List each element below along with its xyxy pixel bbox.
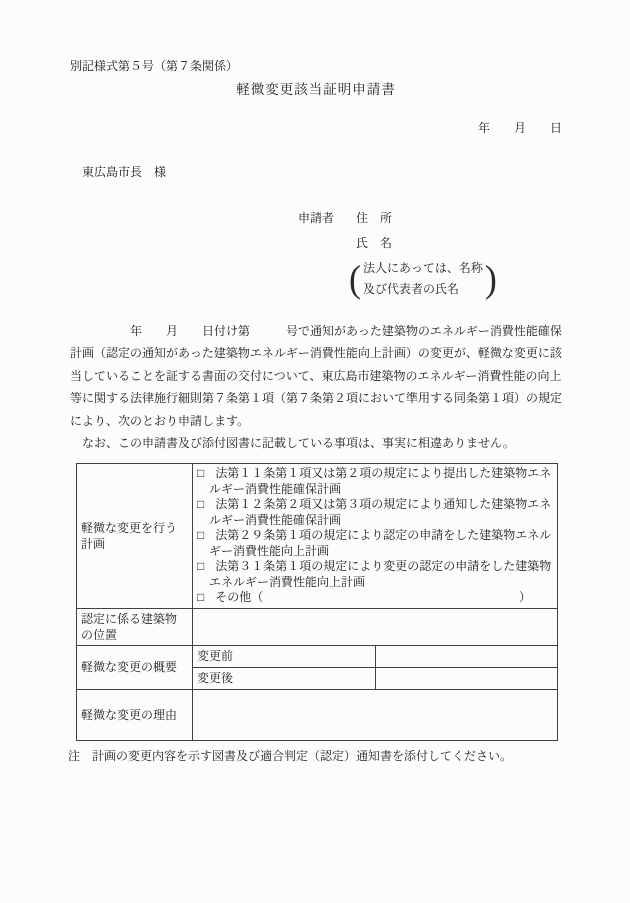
plan-option-label: 法第３１条第１項の規定により変更の認定の申請をした建築物エネルギー消費性能向上計… bbox=[209, 559, 551, 589]
table-row-summary-before: 軽微な変更の概要 変更前 bbox=[77, 645, 558, 667]
body-line: なお、この申請書及び添付図書に記載している事項は、事実に相違ありません。 bbox=[70, 432, 562, 454]
corporation-note-line2: 及び代表者の氏名 bbox=[363, 279, 483, 300]
plan-option-2: □法第１２条第２項又は第３項の規定により通知した建築物エネルギー消費性能確保計画 bbox=[197, 497, 553, 528]
applicant-address-label: 住 所 bbox=[356, 206, 497, 231]
plan-option-label: 法第２９条第１項の規定により認定の申請をした建築物エネルギー消費性能向上計画 bbox=[209, 528, 551, 558]
attachment-note: 注 計画の変更内容を示す図書及び適合判定（認定）通知書を添付してください。 bbox=[68, 748, 562, 764]
plan-option-label: 法第１２条第２項又は第３項の規定により通知した建築物エネルギー消費性能確保計画 bbox=[209, 497, 551, 527]
applicant-label: 申請者 bbox=[298, 206, 334, 231]
checkbox-icon: □ bbox=[197, 559, 204, 573]
location-value-cell bbox=[193, 608, 558, 645]
row-plan-options: □法第１１条第１項又は第２項の規定により提出した建築物エネルギー消費性能確保計画… bbox=[193, 464, 558, 609]
plan-option-3: □法第２９条第１項の規定により認定の申請をした建築物エネルギー消費性能向上計画 bbox=[197, 528, 553, 559]
row-plan-header: 軽微な変更を行う 計画 bbox=[77, 464, 193, 609]
form-number: 別記様式第５号（第７条関係） bbox=[70, 58, 562, 74]
plan-option-other-label: その他（ bbox=[215, 590, 263, 604]
body-line: 等に関する法律施行細則第７条第１項（第７条第２項において準用する同条第１項）の規… bbox=[70, 387, 562, 409]
checkbox-icon: □ bbox=[197, 466, 204, 480]
checkbox-icon: □ bbox=[197, 590, 204, 604]
body-line: 当していることを証する書面の交付について、東広島市建築物のエネルギー消費性能の向… bbox=[70, 365, 562, 387]
corporation-note: ( 法人にあっては、名称 及び代表者の氏名 ) bbox=[349, 257, 497, 301]
plan-option-other-close-paren: ） bbox=[519, 590, 531, 606]
body-line: 計画（認定の通知があった建築物エネルギー消費性能向上計画）の変更が、軽微な変更に… bbox=[70, 342, 562, 364]
checkbox-icon: □ bbox=[197, 528, 204, 542]
body-paragraph: 年 月 日付け第 号で通知があった建築物のエネルギー消費性能確保 計画（認定の通… bbox=[70, 320, 562, 454]
after-change-label: 変更後 bbox=[193, 667, 376, 689]
plan-option-4: □法第３１条第１項の規定により変更の認定の申請をした建築物エネルギー消費性能向上… bbox=[197, 559, 553, 590]
body-line: 年 月 日付け第 号で通知があった建築物のエネルギー消費性能確保 bbox=[70, 320, 562, 342]
plan-option-1: □法第１１条第１項又は第２項の規定により提出した建築物エネルギー消費性能確保計画 bbox=[197, 466, 553, 497]
after-change-value-cell bbox=[375, 667, 558, 689]
close-paren: ) bbox=[485, 256, 497, 302]
row-summary-header: 軽微な変更の概要 bbox=[77, 645, 193, 689]
checkbox-icon: □ bbox=[197, 497, 204, 511]
table-row-location: 認定に係る建築物 の位置 bbox=[77, 608, 558, 645]
application-table: 軽微な変更を行う 計画 □法第１１条第１項又は第２項の規定により提出した建築物エ… bbox=[76, 463, 558, 741]
addressee: 東広島市長 様 bbox=[82, 164, 562, 180]
open-paren: ( bbox=[349, 256, 361, 302]
body-line: により、次のとおり申請します。 bbox=[70, 410, 562, 432]
before-change-value-cell bbox=[375, 645, 558, 667]
plan-option-label: 法第１１条第１項又は第２項の規定により提出した建築物エネルギー消費性能確保計画 bbox=[209, 466, 551, 496]
date-line: 年 月 日 bbox=[70, 120, 562, 136]
document-page: 別記様式第５号（第７条関係） 軽微変更該当証明申請書 年 月 日 東広島市長 様… bbox=[0, 0, 630, 903]
before-change-label: 変更前 bbox=[193, 645, 376, 667]
table-row-plan: 軽微な変更を行う 計画 □法第１１条第１項又は第２項の規定により提出した建築物エ… bbox=[77, 464, 558, 609]
row-reason-header: 軽微な変更の理由 bbox=[77, 689, 193, 740]
applicant-name-label: 氏 名 bbox=[356, 231, 497, 256]
table-row-reason: 軽微な変更の理由 bbox=[77, 689, 558, 740]
page-title: 軽微変更該当証明申請書 bbox=[70, 82, 562, 98]
plan-option-other: □その他（ ） bbox=[197, 590, 553, 606]
applicant-block: 申請者 住 所 氏 名 ( 法人にあっては、名称 及び代表者の氏名 ) bbox=[298, 206, 562, 301]
reason-value-cell bbox=[193, 689, 558, 740]
row-location-header: 認定に係る建築物 の位置 bbox=[77, 608, 193, 645]
corporation-note-line1: 法人にあっては、名称 bbox=[363, 258, 483, 279]
